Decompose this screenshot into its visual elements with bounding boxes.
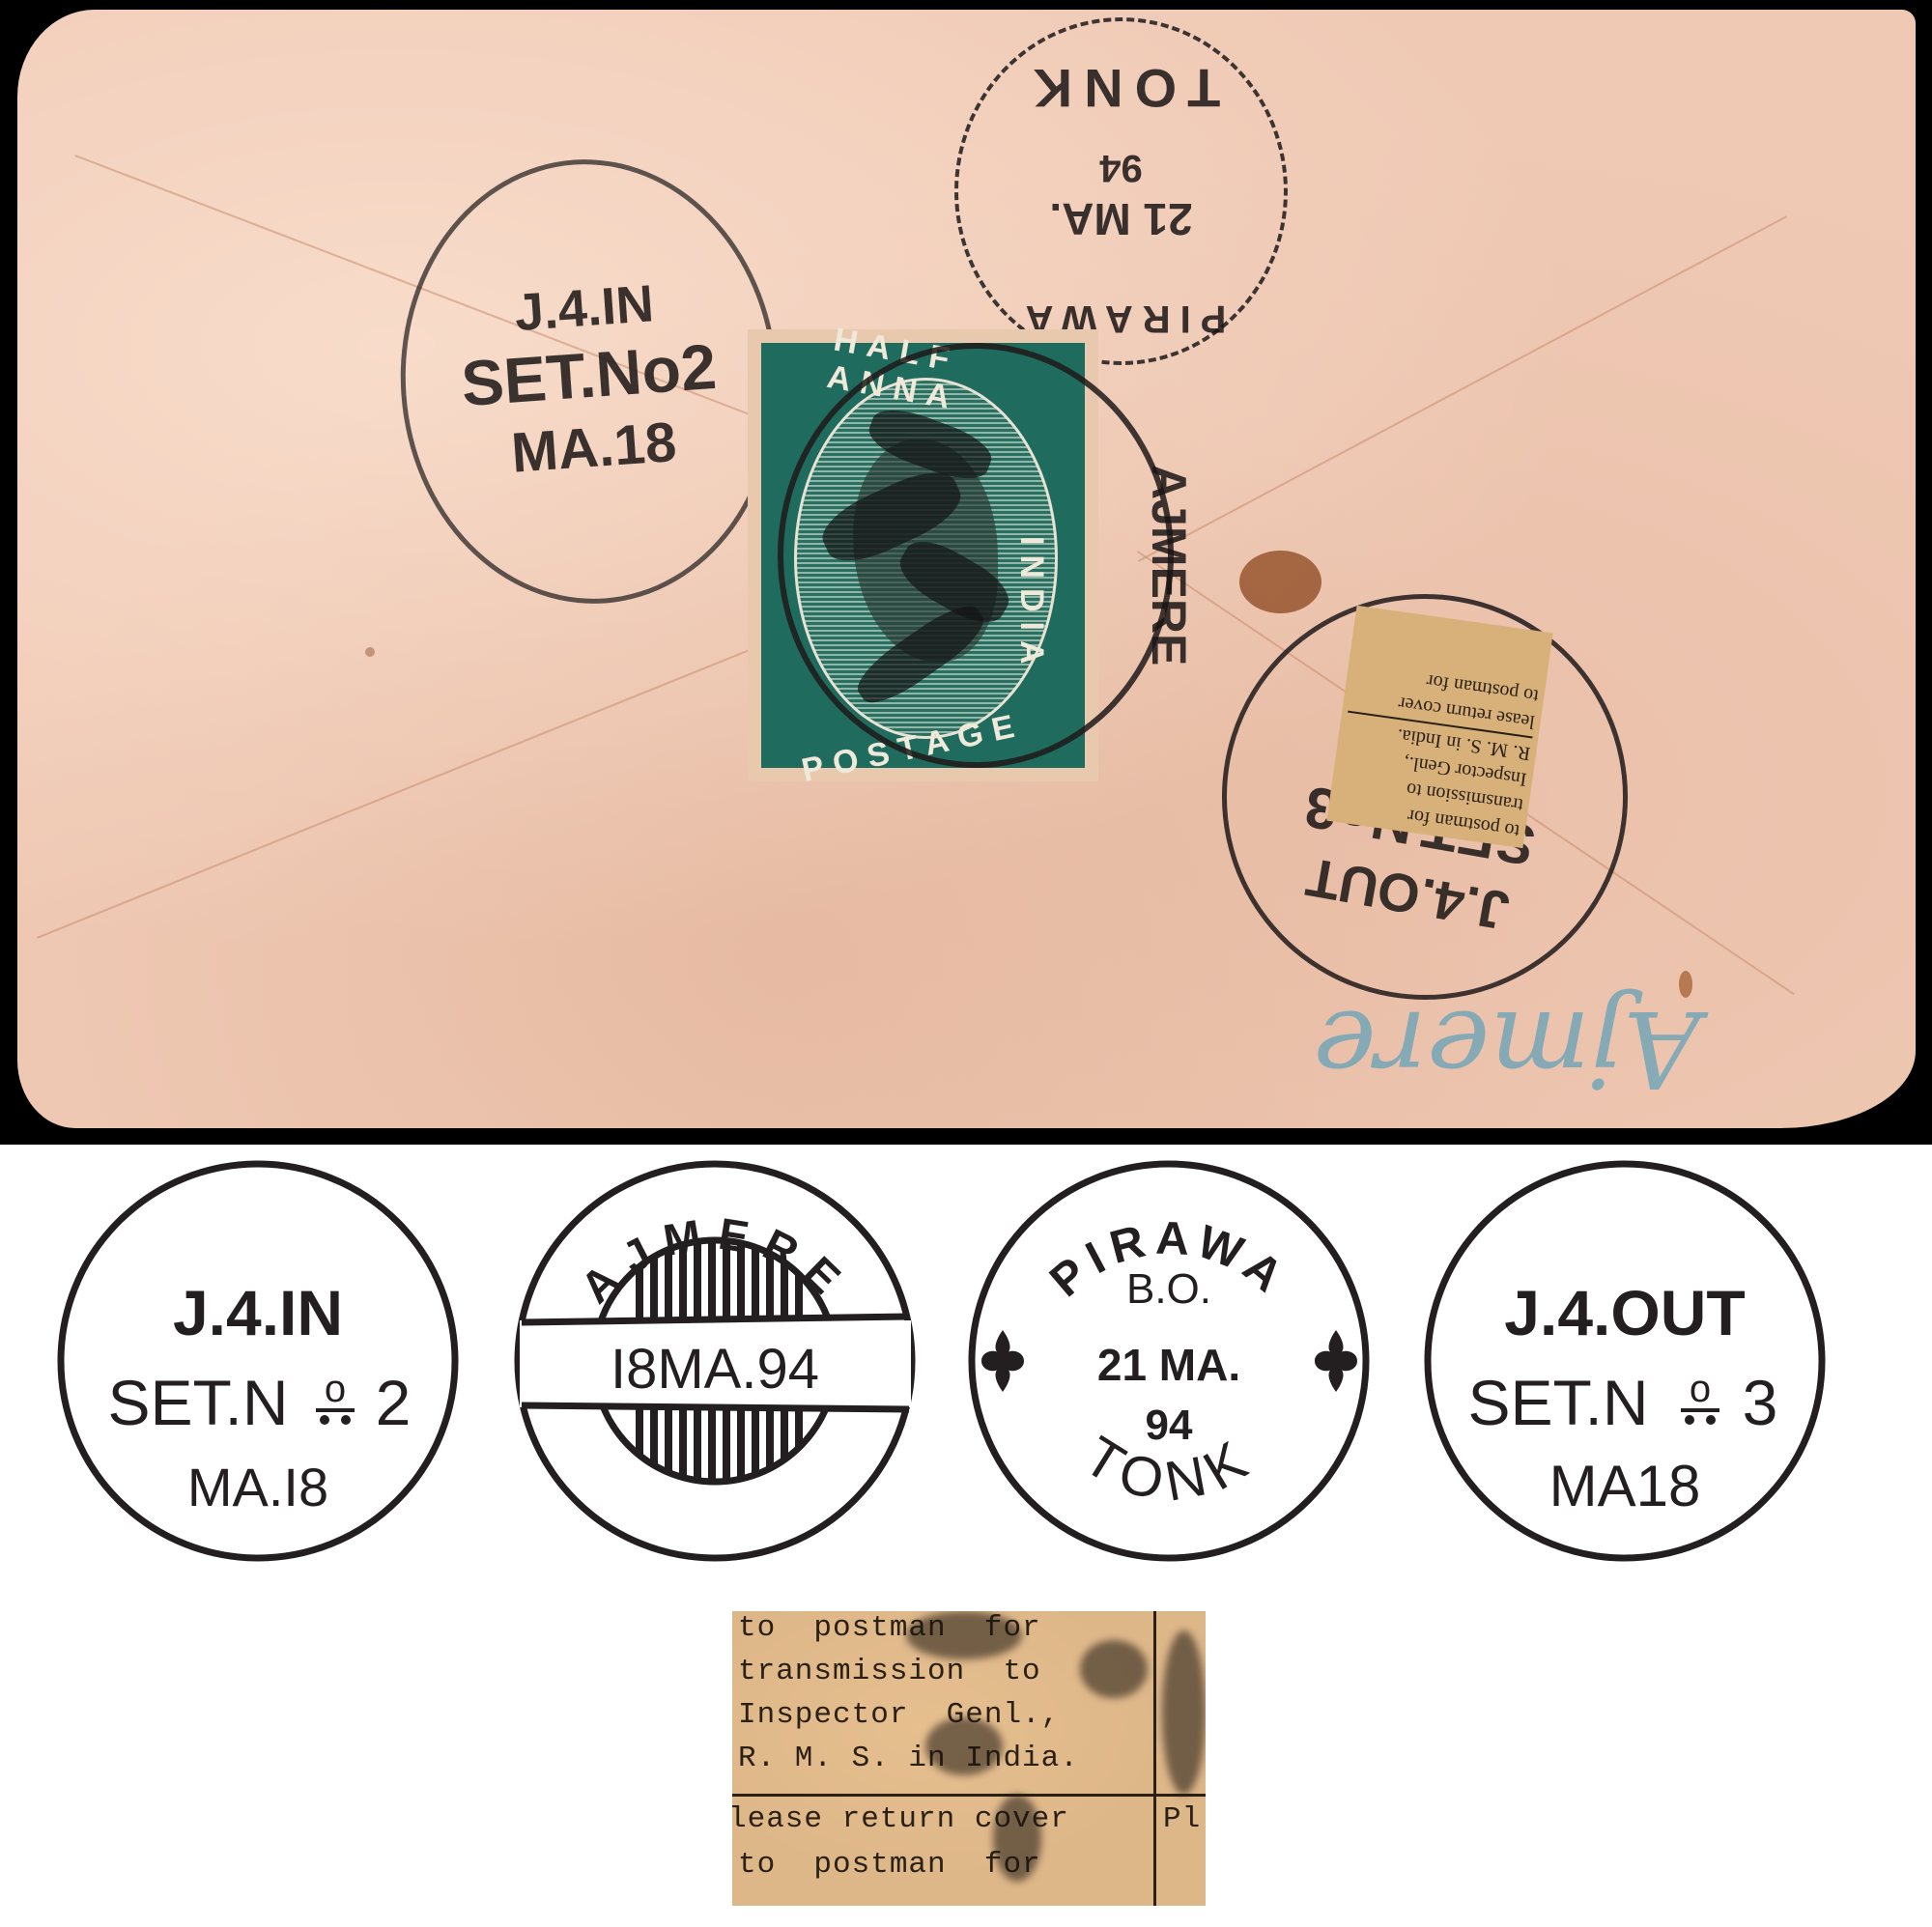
svg-text:94: 94 bbox=[1146, 1402, 1193, 1449]
flap-crease bbox=[37, 647, 753, 939]
postmark-line: AJMERE bbox=[1093, 465, 1197, 666]
rms-label-enlarged: to postman for transmission to Inspector… bbox=[732, 1611, 1206, 1906]
svg-text:MA18: MA18 bbox=[1549, 1454, 1701, 1518]
svg-text:SET.N: SET.N bbox=[1467, 1367, 1648, 1438]
label-column-rule bbox=[1153, 1611, 1156, 1906]
cancel-smudge bbox=[925, 1717, 1003, 1775]
svg-text:SET.N: SET.N bbox=[107, 1367, 288, 1438]
svg-text:J.4.OUT: J.4.OUT bbox=[1504, 1277, 1745, 1348]
svg-text:3: 3 bbox=[1743, 1367, 1778, 1438]
redrawn-postmark-j4in: J.4.IN SET.N o 2 MA.I8 bbox=[53, 1156, 464, 1567]
redrawn-postmark-pirawa: PIRAWA B.O. 21 MA. 94 TONK bbox=[964, 1156, 1375, 1567]
svg-text:I8MA.94: I8MA.94 bbox=[611, 1338, 819, 1401]
stain bbox=[365, 647, 375, 657]
svg-text:B.O.: B.O. bbox=[1126, 1265, 1211, 1313]
stain bbox=[1239, 551, 1321, 613]
svg-text:21 MA.: 21 MA. bbox=[1097, 1340, 1240, 1390]
label-line: transmission to bbox=[738, 1655, 1041, 1688]
svg-text:o: o bbox=[1690, 1368, 1711, 1410]
postmark-line: 21 MA. bbox=[958, 193, 1284, 245]
svg-text:MA.I8: MA.I8 bbox=[187, 1457, 328, 1517]
cancel-smudge bbox=[906, 1611, 1022, 1659]
label-fragment: Pl bbox=[1163, 1802, 1201, 1836]
cover-photo: J.4.IN SET.No2 MA.18 PIRAWA 21 MA. 94 TO… bbox=[0, 0, 1932, 1145]
redrawn-postmark-ajmere: AJMERE I8MA.94 bbox=[510, 1156, 921, 1567]
label-line: R. M. S. in India. bbox=[738, 1742, 1079, 1775]
postmark-ajmere: AJMERE bbox=[778, 343, 1174, 768]
cancel-smudge bbox=[1080, 1640, 1148, 1698]
svg-text:J.4.IN: J.4.IN bbox=[173, 1277, 343, 1348]
cancel-smudge bbox=[993, 1795, 1041, 1882]
redrawn-postmark-j4out: J.4.OUT SET.N o 3 MA18 bbox=[1420, 1156, 1831, 1567]
rms-label: to postman for transmission to Inspector… bbox=[1326, 606, 1552, 848]
postmark-pirawa: PIRAWA 21 MA. 94 TONK bbox=[954, 17, 1288, 365]
pencil-annotation: Ajmere bbox=[1043, 966, 1700, 1111]
label-line: Inspector Genl., bbox=[738, 1698, 1060, 1732]
postmark-line: PIRAWA bbox=[958, 297, 1284, 340]
svg-text:o: o bbox=[325, 1368, 346, 1410]
postmark-line: 94 bbox=[958, 146, 1284, 189]
postmark-line: TONK bbox=[958, 57, 1284, 120]
svg-text:2: 2 bbox=[376, 1367, 412, 1438]
label-rule bbox=[732, 1794, 1206, 1797]
cancel-smudge bbox=[1162, 1630, 1206, 1795]
